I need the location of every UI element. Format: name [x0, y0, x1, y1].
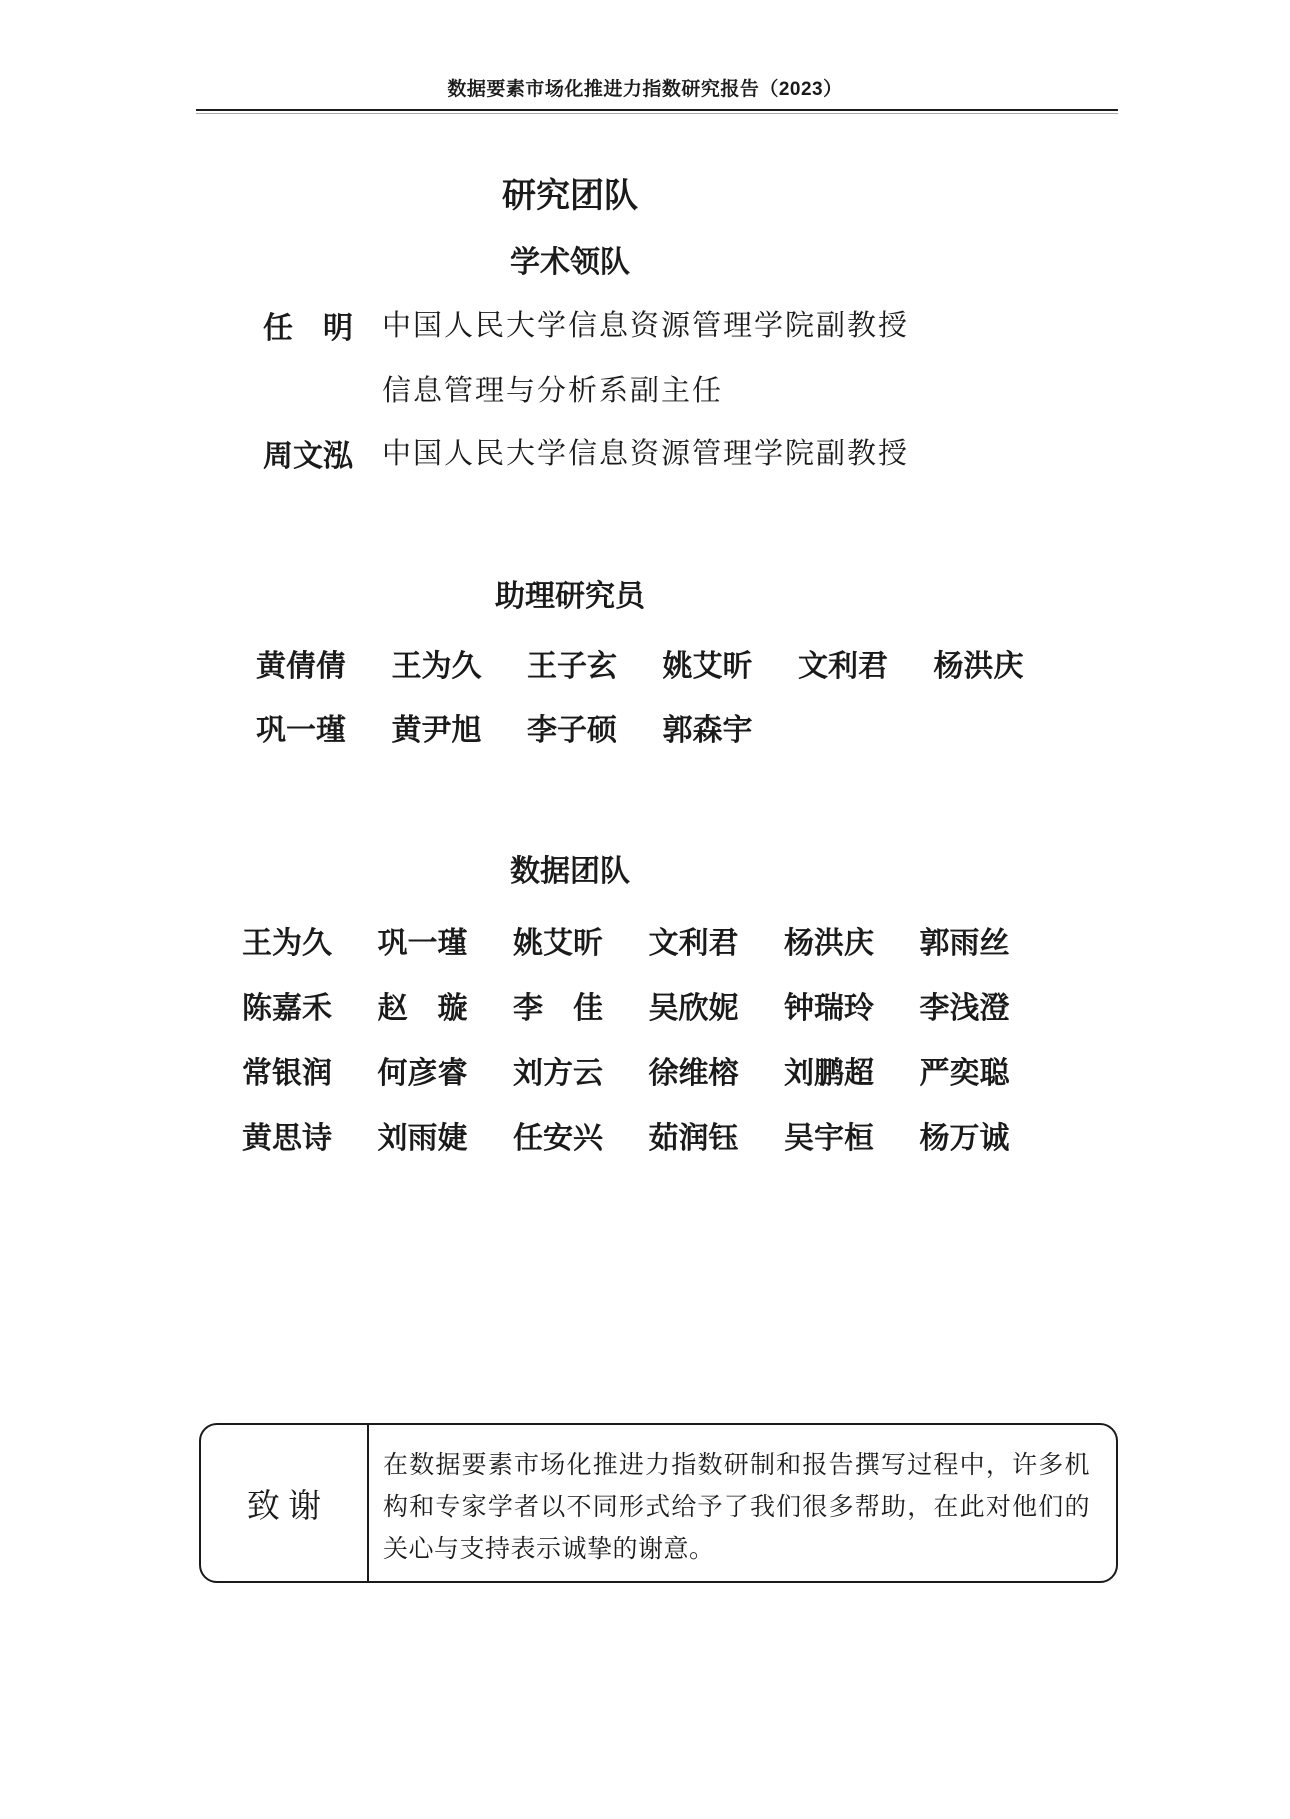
assistant-researchers-row: 黄倩倩 王为久 王子玄 姚艾昕 文利君 杨洪庆: [256, 641, 1069, 685]
researcher-name: 严奕聪: [920, 1048, 1010, 1092]
researcher-name: 文利君: [649, 918, 739, 962]
researcher-name: 杨洪庆: [784, 918, 874, 962]
lead-name: 任 明: [263, 303, 353, 347]
researcher-name: 王子玄: [527, 641, 617, 685]
data-team-row: 黄思诗 刘雨婕 任安兴 茹润钰 吴宇桓 杨万诚: [242, 1113, 1055, 1157]
researcher-name: 钟瑞玲: [784, 983, 874, 1027]
researcher-name: 茹润钰: [649, 1113, 739, 1157]
data-team-row: 王为久 巩一瑾 姚艾昕 文利君 杨洪庆 郭雨丝: [242, 918, 1055, 962]
researcher-name: 刘雨婕: [378, 1113, 468, 1157]
researcher-name: 文利君: [798, 641, 888, 685]
researcher-name: 郭雨丝: [920, 918, 1010, 962]
researcher-name: 巩一瑾: [256, 705, 346, 749]
researcher-name: 黄倩倩: [256, 641, 346, 685]
data-team-row: 陈嘉禾 赵 璇 李 佳 吴欣妮 钟瑞玲 李浅澄: [242, 983, 1055, 1027]
researcher-name: 杨洪庆: [934, 641, 1024, 685]
acknowledgement-text: 在数据要素市场化推进力指数研制和报告撰写过程中，许多机构和专家学者以不同形式给予…: [383, 1445, 1090, 1571]
header-rule-shadow: [196, 113, 1118, 114]
researcher-name: 李浅澄: [920, 983, 1010, 1027]
researcher-name: 巩一瑾: [378, 918, 468, 962]
researcher-name: 王为久: [392, 641, 482, 685]
researcher-name: 黄思诗: [242, 1113, 332, 1157]
acknowledgement-box: 致 谢 在数据要素市场化推进力指数研制和报告撰写过程中，许多机构和专家学者以不同…: [199, 1423, 1118, 1583]
researcher-name: 吴宇桓: [784, 1113, 874, 1157]
section-heading-academic-leads: 学术领队: [0, 237, 1140, 281]
researcher-name: 吴欣妮: [649, 983, 739, 1027]
lead-description: 中国人民大学信息资源管理学院副教授: [382, 431, 909, 472]
researcher-name: 李子硕: [527, 705, 617, 749]
researcher-name: 黄尹旭: [392, 705, 482, 749]
researcher-name: 陈嘉禾: [242, 983, 332, 1027]
lead-name: 周文泓: [263, 431, 353, 475]
researcher-name: 姚艾昕: [663, 641, 753, 685]
acknowledgement-label-cell: 致 谢: [201, 1425, 369, 1581]
assistant-researchers-row: 巩一瑾 黄尹旭 李子硕 郭森宇: [256, 705, 1069, 749]
section-heading-data-team: 数据团队: [0, 846, 1140, 890]
acknowledgement-text-cell: 在数据要素市场化推进力指数研制和报告撰写过程中，许多机构和专家学者以不同形式给予…: [369, 1425, 1116, 1581]
researcher-name: 刘鹏超: [784, 1048, 874, 1092]
section-heading-assistant-researchers: 助理研究员: [0, 571, 1140, 615]
lead-description: 中国人民大学信息资源管理学院副教授: [382, 303, 909, 344]
researcher-name: 何彦睿: [378, 1048, 468, 1092]
running-header-title: 数据要素市场化推进力指数研究报告（2023）: [0, 74, 1290, 101]
data-team-row: 常银润 何彦睿 刘方云 徐维榕 刘鹏超 严奕聪: [242, 1048, 1055, 1092]
researcher-name: 刘方云: [513, 1048, 603, 1092]
researcher-name: 常银润: [242, 1048, 332, 1092]
researcher-name: 任安兴: [513, 1113, 603, 1157]
header-rule: [196, 109, 1118, 111]
researcher-name: 王为久: [242, 918, 332, 962]
researcher-name: 姚艾昕: [513, 918, 603, 962]
researcher-name: 徐维榕: [649, 1048, 739, 1092]
document-page: 数据要素市场化推进力指数研究报告（2023） 研究团队 学术领队 任 明 中国人…: [0, 0, 1290, 1819]
researcher-name: 李 佳: [513, 983, 603, 1027]
researcher-name: 赵 璇: [378, 983, 468, 1027]
acknowledgement-label: 致 谢: [247, 1480, 321, 1527]
page-title: 研究团队: [0, 168, 1140, 217]
researcher-name: 杨万诚: [920, 1113, 1010, 1157]
lead-description: 信息管理与分析系副主任: [382, 368, 723, 409]
researcher-name: 郭森宇: [663, 705, 753, 749]
